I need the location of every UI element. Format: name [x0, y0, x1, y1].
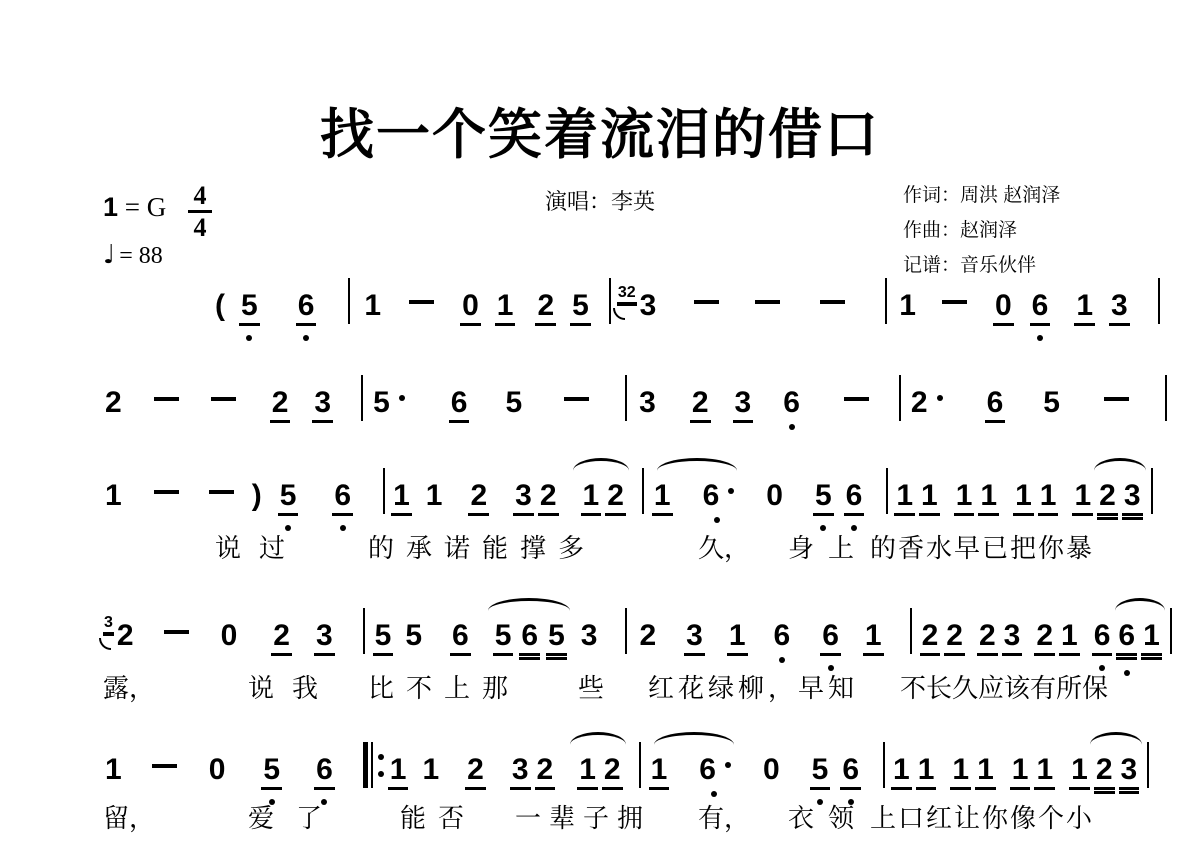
- lyrics-row-1: 说过的承诺能撑多久，身上的香水早已把你暴: [0, 528, 1200, 560]
- augmentation-dot: [728, 488, 734, 494]
- note: 5: [503, 386, 524, 420]
- note: 1: [362, 289, 383, 323]
- dash-extension: [209, 386, 238, 420]
- lyric-segment: 的香水早已把你暴: [870, 528, 1094, 565]
- note-digit: 6: [314, 753, 335, 790]
- note-digit: 2: [271, 619, 292, 656]
- note: 1: [916, 753, 937, 790]
- dash-mark: [209, 490, 234, 494]
- note: 1: [103, 753, 124, 787]
- note-digit: 3: [513, 479, 534, 516]
- slur-arc: [570, 732, 626, 748]
- note-digit: 1: [1069, 753, 1090, 790]
- dash-mark: [154, 397, 179, 401]
- note-digit: 6: [820, 619, 841, 656]
- note: 6: [844, 479, 865, 516]
- note: 2: [115, 619, 136, 653]
- slur-arc: [1090, 732, 1142, 748]
- note: 3: [1002, 619, 1023, 656]
- grace-note: 3: [103, 614, 114, 634]
- dash-mark: [152, 764, 177, 768]
- note-digit: 0: [993, 289, 1014, 326]
- dash-extension: [1102, 386, 1131, 420]
- tempo-value: = 88: [119, 243, 163, 269]
- note-digit: 2: [115, 619, 136, 653]
- lyric-segment: 留，: [103, 798, 155, 835]
- repeat-dot: [378, 754, 384, 760]
- note: 1: [894, 479, 915, 516]
- note: 1: [388, 753, 409, 790]
- note-digit: 2: [602, 753, 623, 790]
- note-digit: [152, 479, 181, 513]
- augmentation-dot: [937, 395, 943, 401]
- key-tonic: G: [147, 192, 167, 222]
- note-digit: 5: [570, 289, 591, 326]
- music-line-2: 2235653236265: [103, 375, 1167, 427]
- note: 0: [761, 753, 782, 787]
- note-digit: 3: [1109, 289, 1130, 326]
- barline: [910, 608, 912, 654]
- note-digit: 5: [813, 479, 834, 516]
- dash-extension: [818, 289, 847, 323]
- note-digit: 6: [296, 289, 317, 326]
- note-digit: 1: [424, 479, 445, 513]
- low-octave-dot: [779, 657, 785, 663]
- note-digit: [407, 289, 436, 323]
- dash-extension: [150, 753, 179, 787]
- note-digit: 3: [1119, 753, 1140, 790]
- music-line-1: (561012532310613: [213, 278, 1160, 330]
- note-digit: ): [250, 479, 264, 513]
- note-digit: [150, 753, 179, 787]
- low-octave-dot: [303, 335, 309, 341]
- note-digit: 1: [1072, 479, 1093, 516]
- lyric-segment: 久，: [698, 528, 750, 565]
- note-digit: 3: [510, 753, 531, 790]
- note-digit: 2: [465, 753, 486, 790]
- note-digit: [209, 386, 238, 420]
- note-digit: [940, 289, 969, 323]
- grace-note-digits: 3: [103, 614, 114, 634]
- dash-extension: [842, 386, 871, 420]
- note-digit: 6: [1092, 619, 1113, 656]
- note-digit: 2: [605, 479, 626, 516]
- dash-mark: [820, 300, 845, 304]
- note: 3: [1122, 479, 1143, 516]
- note-digit: 1: [1013, 479, 1034, 516]
- note: 6: [772, 619, 793, 653]
- note-digit: [1102, 386, 1131, 420]
- note: 6: [701, 479, 735, 513]
- note-digit: 2: [1034, 619, 1055, 656]
- note-digit: 6: [772, 619, 793, 653]
- note-digit: 1: [1074, 289, 1095, 326]
- barline: [1147, 742, 1149, 788]
- note-digit: 6: [844, 479, 865, 516]
- note: 2: [909, 386, 943, 420]
- note-digit: 5: [371, 386, 392, 420]
- note: 2: [977, 619, 998, 656]
- note-digit: 3: [312, 386, 333, 423]
- barline: [609, 278, 611, 324]
- dash-extension: [562, 386, 591, 420]
- dash-extension: [207, 479, 236, 513]
- note: 3: [733, 386, 754, 423]
- low-octave-dot: [711, 791, 717, 797]
- note: 6: [332, 479, 353, 516]
- repeat-thick-bar: [363, 742, 368, 788]
- note: 2: [271, 619, 292, 656]
- note-digit: 0: [764, 479, 785, 513]
- note-digit: 1: [919, 479, 940, 516]
- note: 6: [697, 753, 731, 787]
- dash-extension: [152, 479, 181, 513]
- slur-arc: [1094, 458, 1146, 474]
- note: 6: [820, 619, 841, 656]
- dash-mark: [211, 397, 236, 401]
- note: 3: [579, 619, 600, 653]
- note: 5: [570, 289, 591, 326]
- note: 0: [764, 479, 785, 513]
- note-digit: 5: [1041, 386, 1062, 420]
- music-line-4: 320235565653231661222321661: [103, 608, 1172, 660]
- parenthesis: ): [250, 479, 264, 513]
- note-digit: 1: [103, 479, 124, 513]
- barline: [625, 608, 627, 654]
- meter-denominator: 4: [188, 214, 212, 241]
- note: 1: [420, 753, 441, 787]
- note: 2: [465, 753, 486, 790]
- note: 1: [919, 479, 940, 516]
- note-digit: 2: [1094, 753, 1115, 790]
- note-digit: 1: [891, 753, 912, 790]
- note-digit: 1: [1010, 753, 1031, 790]
- note: 1: [891, 753, 912, 790]
- note-digit: 5: [403, 619, 424, 653]
- note-digit: 3: [1122, 479, 1143, 516]
- dash-extension: [152, 386, 181, 420]
- barline: [642, 468, 644, 514]
- note: 2: [637, 619, 658, 653]
- note: 5: [371, 386, 405, 420]
- note-digit: 0: [460, 289, 481, 326]
- slur-arc: [654, 732, 734, 748]
- repeat-dot: [378, 771, 384, 777]
- note: 2: [535, 753, 556, 790]
- repeat-thin-bar: [371, 742, 373, 788]
- note: 1: [495, 289, 516, 326]
- repeat-start-barline: [363, 742, 384, 788]
- note: 5: [239, 289, 260, 326]
- note: 2: [1034, 619, 1055, 656]
- lyric-segment: 上口红让你像个小: [870, 798, 1094, 835]
- note-digit: 1: [362, 289, 383, 323]
- grace-note-digits: 32: [617, 284, 637, 304]
- barline: [899, 375, 901, 421]
- note: 6: [519, 619, 540, 656]
- barline: [885, 278, 887, 324]
- note-digit: 3: [638, 289, 659, 323]
- quarter-note-icon: ♩: [103, 240, 115, 270]
- meter-numerator: 4: [188, 182, 212, 209]
- note: 1: [1072, 479, 1093, 516]
- note: 1: [1034, 753, 1055, 790]
- note-digit: 5: [373, 619, 394, 656]
- note: 5: [261, 753, 282, 790]
- note: 6: [314, 753, 335, 790]
- note-digit: 1: [894, 479, 915, 516]
- dash-extension: [162, 619, 191, 653]
- note-digit: 1: [649, 753, 670, 790]
- note-digit: 6: [697, 753, 718, 787]
- note: 1: [863, 619, 884, 656]
- note-digit: 1: [978, 479, 999, 516]
- augmentation-dot: [399, 395, 405, 401]
- note: 1: [581, 479, 602, 516]
- barline: [363, 608, 365, 654]
- note-digit: 6: [781, 386, 802, 420]
- barline: [348, 278, 350, 324]
- note-digit: 1: [897, 289, 918, 323]
- note-digit: [842, 386, 871, 420]
- note: 1: [1059, 619, 1080, 656]
- note: 2: [690, 386, 711, 423]
- note: 6: [449, 386, 470, 423]
- note-digit: 3: [579, 619, 600, 653]
- lyric-segment: 衣领: [788, 798, 868, 835]
- barline: [639, 742, 641, 788]
- note-digit: 2: [977, 619, 998, 656]
- lyrics-row-2: 露，说我比不上那些红花绿柳，早知不长久应该有所保: [0, 668, 1200, 700]
- note: 1: [1010, 753, 1031, 790]
- note: 5: [1041, 386, 1062, 420]
- dash-mark: [409, 300, 434, 304]
- dash-extension: [407, 289, 436, 323]
- note: 6: [450, 619, 471, 656]
- note: 1: [1069, 753, 1090, 790]
- note-digit: 2: [270, 386, 291, 423]
- song-title: 找一个笑着流泪的借口: [0, 92, 1200, 169]
- note: 1: [649, 753, 670, 790]
- note-digit: [162, 619, 191, 653]
- note: 3: [1109, 289, 1130, 326]
- note: 3: [1119, 753, 1140, 790]
- note-digit: 1: [103, 753, 124, 787]
- note: 6: [781, 386, 802, 420]
- music-line-5: 1056112321216056111111123: [103, 742, 1149, 794]
- note: 2: [605, 479, 626, 516]
- note-digit: [562, 386, 591, 420]
- key-solfa: 1: [103, 192, 118, 222]
- key-equals: =: [125, 192, 140, 222]
- note: 2: [535, 289, 556, 326]
- dash-mark: [694, 300, 719, 304]
- note: 5: [403, 619, 424, 653]
- note-digit: 1: [1038, 479, 1059, 516]
- note: 1: [978, 479, 999, 516]
- note: 1: [897, 289, 918, 323]
- low-octave-dot: [246, 335, 252, 341]
- note-digit: [207, 479, 236, 513]
- note: 2: [944, 619, 965, 656]
- note-digit: [753, 289, 782, 323]
- tempo-marking: ♩= 88: [103, 240, 163, 270]
- note-digit: 3: [733, 386, 754, 423]
- note: 1: [103, 479, 124, 513]
- note: 5: [278, 479, 299, 516]
- note: 5: [373, 619, 394, 656]
- note: 0: [993, 289, 1014, 326]
- note: 1: [1141, 619, 1162, 656]
- note-digit: 2: [690, 386, 711, 423]
- lyric-segment: 身上: [788, 528, 868, 565]
- slur-arc: [573, 458, 629, 474]
- note: 1: [424, 479, 445, 513]
- note: 0: [460, 289, 481, 326]
- note-digit: 0: [761, 753, 782, 787]
- note: 1: [1074, 289, 1095, 326]
- note: 3: [513, 479, 534, 516]
- note: 0: [219, 619, 240, 653]
- note: 5: [810, 753, 831, 790]
- lyric-segment: 比不上那: [368, 668, 520, 705]
- note-digit: 3: [1002, 619, 1023, 656]
- note: 6: [296, 289, 317, 326]
- lyric-segment: 爱了: [248, 798, 344, 835]
- music-line-3: 1)56112321216056111111123: [103, 468, 1153, 520]
- lyric-segment: 能否: [400, 798, 476, 835]
- dash-mark: [755, 300, 780, 304]
- repeat-dots: [378, 754, 384, 777]
- lyric-segment: 说过: [215, 528, 303, 565]
- grace-note: 32: [617, 284, 637, 304]
- note-digit: (: [213, 289, 227, 323]
- note: 2: [920, 619, 941, 656]
- low-octave-dot: [714, 517, 720, 523]
- note: 3: [637, 386, 658, 420]
- barline: [883, 742, 885, 788]
- note: 6: [1092, 619, 1113, 656]
- note-digit: 6: [1030, 289, 1051, 326]
- note-digit: 5: [493, 619, 514, 656]
- note-digit: 5: [546, 619, 567, 656]
- lyric-segment: 些: [578, 668, 604, 705]
- barline: [1158, 278, 1160, 324]
- note: 6: [1030, 289, 1051, 326]
- note: 6: [985, 386, 1006, 423]
- note: 5: [546, 619, 567, 656]
- note-digit: 6: [519, 619, 540, 656]
- note-digit: 1: [420, 753, 441, 787]
- note-digit: 6: [701, 479, 722, 513]
- note-digit: 5: [239, 289, 260, 326]
- lyric-segment: 说我: [248, 668, 336, 705]
- note-digit: 5: [503, 386, 524, 420]
- note: 1: [950, 753, 971, 790]
- note: 0: [207, 753, 228, 787]
- time-signature: 4 4: [188, 182, 212, 242]
- note-digit: 1: [652, 479, 673, 516]
- dash-mark: [844, 397, 869, 401]
- note-digit: 1: [581, 479, 602, 516]
- note-digit: 2: [920, 619, 941, 656]
- dash-extension: [753, 289, 782, 323]
- note-digit: 2: [637, 619, 658, 653]
- note: 2: [103, 386, 124, 420]
- note-digit: 6: [985, 386, 1006, 423]
- lyrics-row-3: 留，爱了能否一辈子拥有，衣领上口红让你像个小: [0, 798, 1200, 830]
- note-digit: 1: [954, 479, 975, 516]
- note-digit: [818, 289, 847, 323]
- note: 1: [391, 479, 412, 516]
- lyricist-credit: 作词：周洪 赵润泽: [903, 178, 1060, 213]
- dash-extension: [692, 289, 721, 323]
- barline: [1165, 375, 1167, 421]
- dash-mark: [154, 490, 179, 494]
- note: 2: [602, 753, 623, 790]
- note-digit: 2: [103, 386, 124, 420]
- lyric-segment: 的承诺能撑多: [368, 528, 596, 565]
- dash-mark: [564, 397, 589, 401]
- note-digit: 1: [727, 619, 748, 656]
- dash-mark: [942, 300, 967, 304]
- slur-arc: [1115, 598, 1165, 614]
- note: 5: [493, 619, 514, 656]
- note-digit: 1: [495, 289, 516, 326]
- note-digit: 6: [450, 619, 471, 656]
- barline: [361, 375, 363, 421]
- note: 2: [1097, 479, 1118, 516]
- note: 6: [1116, 619, 1137, 656]
- note-digit: 2: [468, 479, 489, 516]
- augmentation-dot: [725, 762, 731, 768]
- note-digit: 1: [388, 753, 409, 790]
- credits-block: 作词：周洪 赵润泽 作曲：赵润泽 记谱：音乐伙伴: [903, 178, 1060, 283]
- note-digit: 5: [261, 753, 282, 790]
- note: 1: [727, 619, 748, 656]
- barline: [1151, 468, 1153, 514]
- dash-mark: [164, 630, 189, 634]
- note-digit: 0: [219, 619, 240, 653]
- note-digit: 3: [637, 386, 658, 420]
- note-digit: 2: [944, 619, 965, 656]
- barline: [886, 468, 888, 514]
- barline: [1170, 608, 1172, 654]
- note-digit: 1: [916, 753, 937, 790]
- note: 5: [813, 479, 834, 516]
- sheet-music-page: 找一个笑着流泪的借口 演唱：李英 作词：周洪 赵润泽 作曲：赵润泽 记谱：音乐伙…: [0, 0, 1200, 850]
- note-digit: 1: [577, 753, 598, 790]
- low-octave-dot: [789, 424, 795, 430]
- note: 2: [1094, 753, 1115, 790]
- slur-arc: [488, 598, 570, 614]
- dash-extension: [940, 289, 969, 323]
- note-digit: 6: [840, 753, 861, 790]
- note-digit: 1: [950, 753, 971, 790]
- note: 1: [1038, 479, 1059, 516]
- slur-arc: [657, 458, 737, 474]
- note-digit: 6: [449, 386, 470, 423]
- note-digit: 3: [684, 619, 705, 656]
- note-digit: 1: [1141, 619, 1162, 656]
- note-digit: 1: [863, 619, 884, 656]
- note-digit: 2: [535, 289, 556, 326]
- note: 3: [684, 619, 705, 656]
- note-digit: 1: [391, 479, 412, 516]
- note-digit: [692, 289, 721, 323]
- note-digit: 5: [278, 479, 299, 516]
- lyric-segment: 不长久应该有所保: [900, 668, 1108, 705]
